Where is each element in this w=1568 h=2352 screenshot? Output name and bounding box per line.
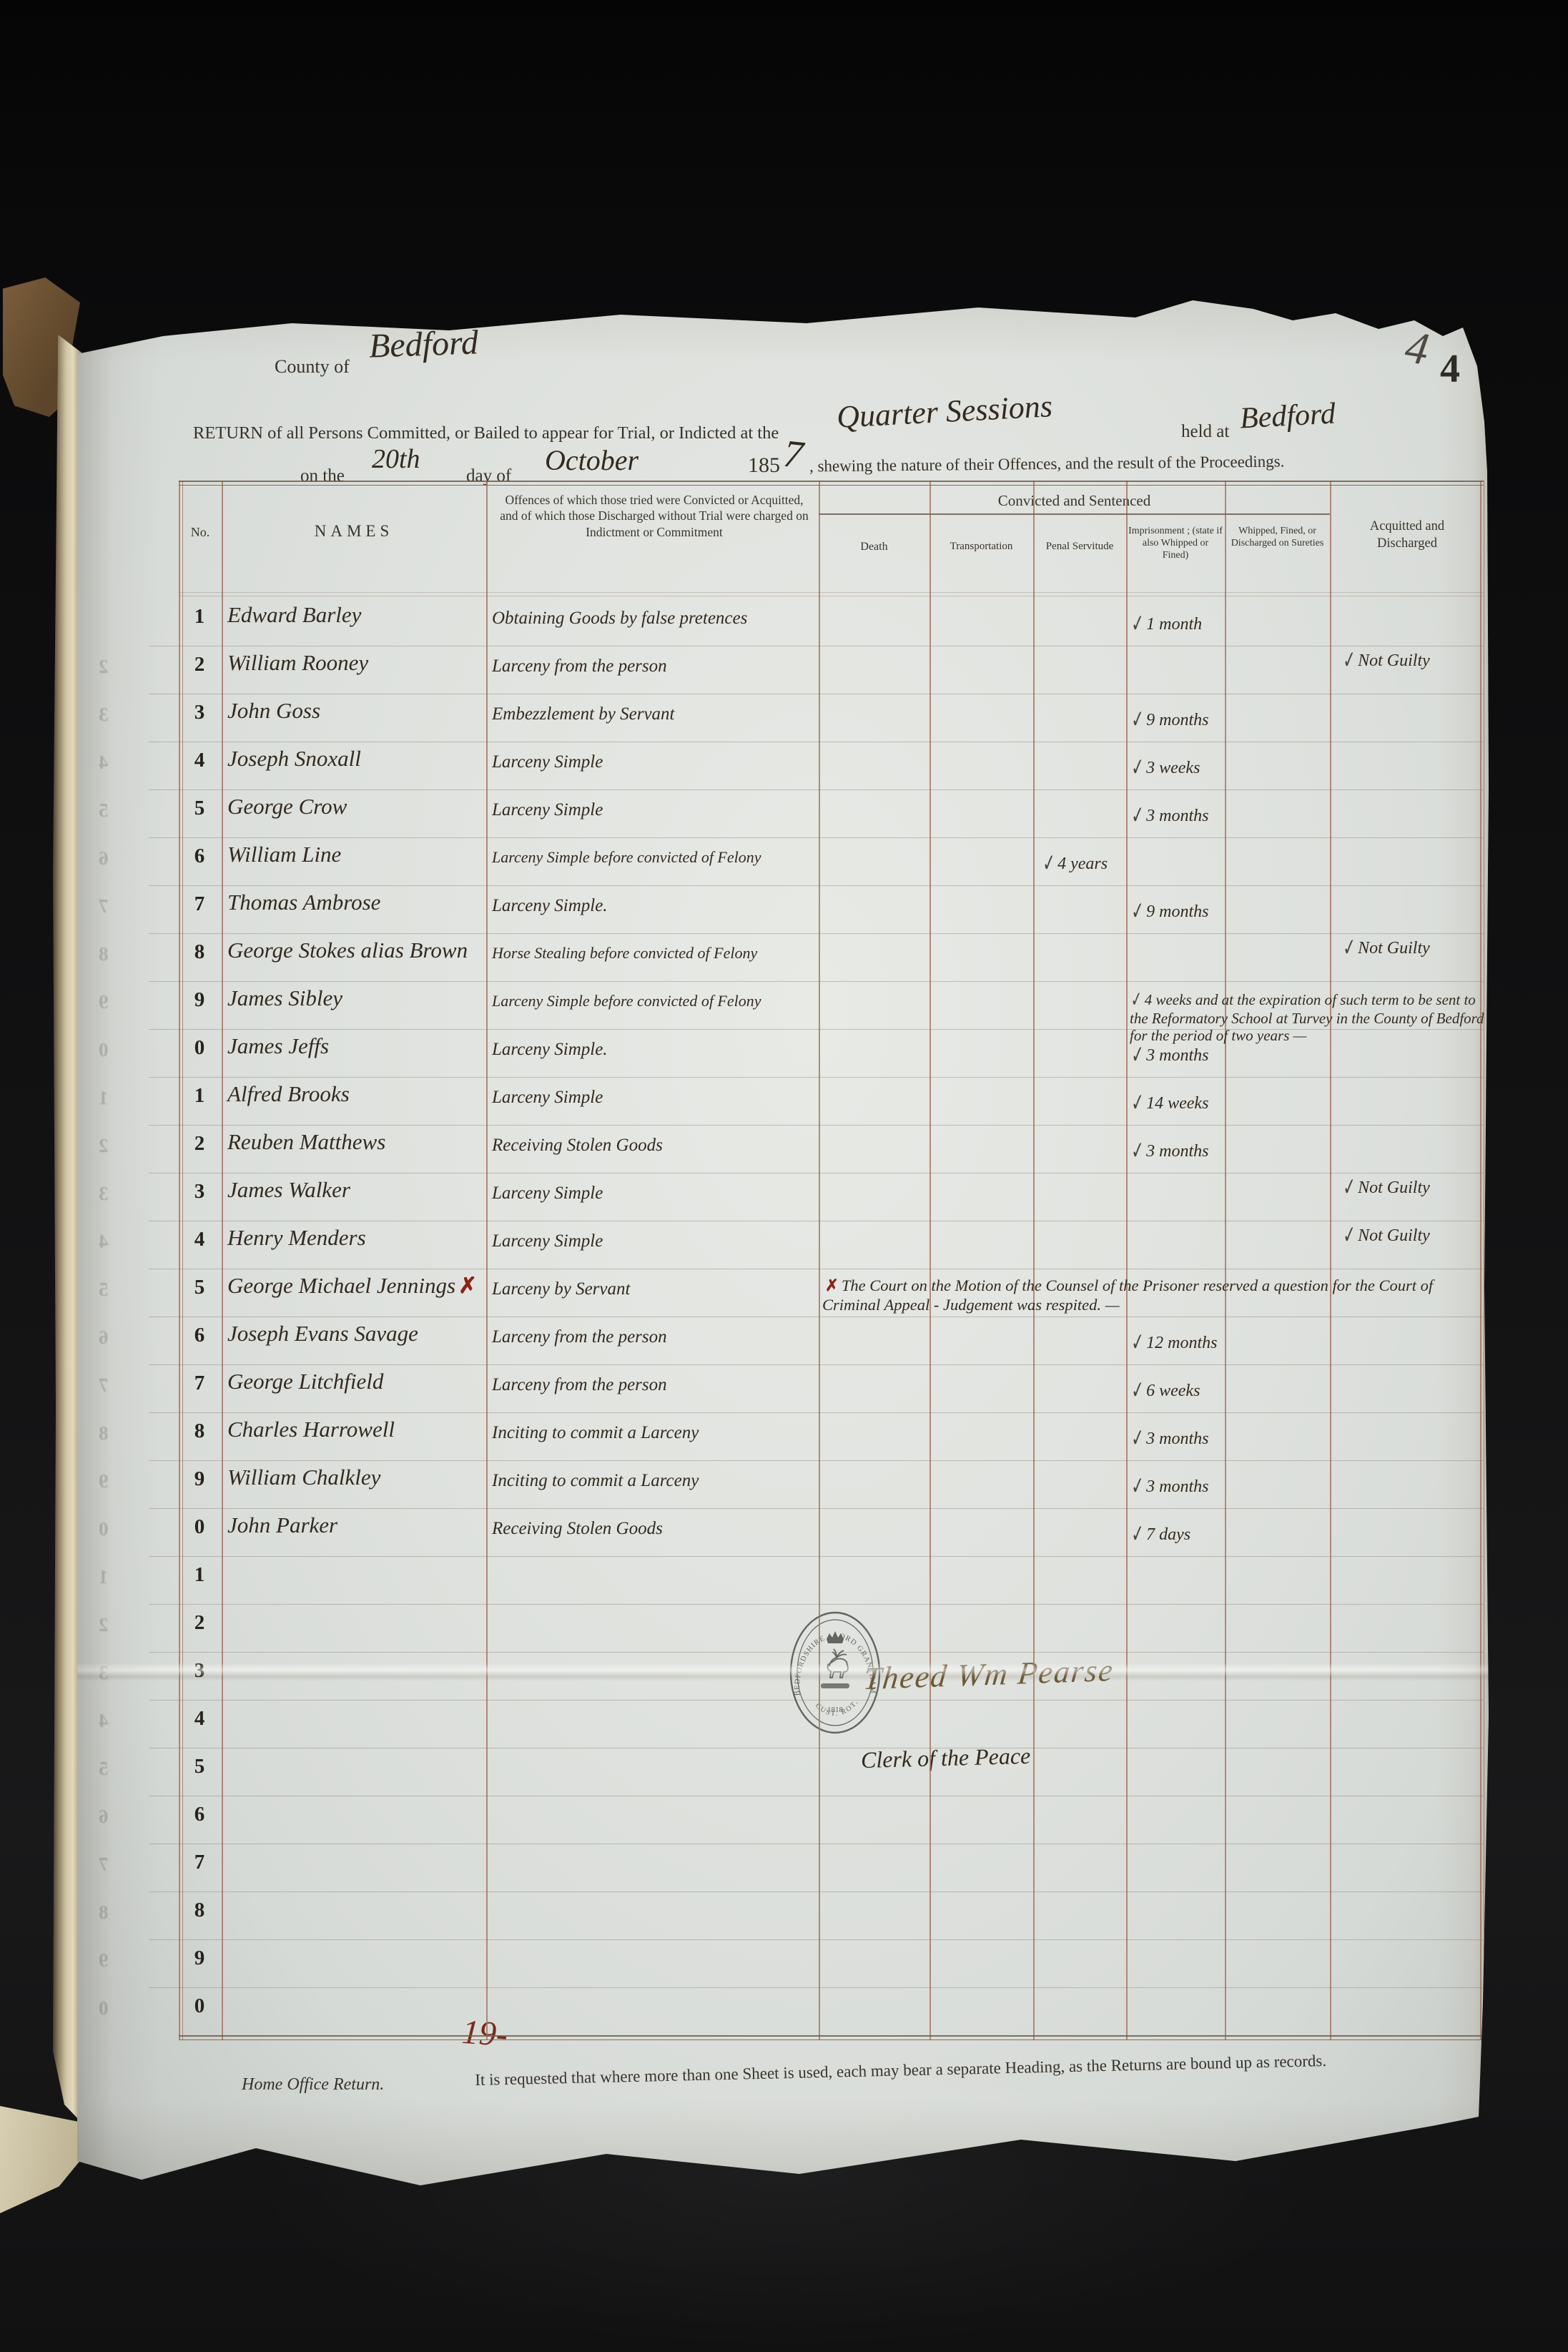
check-mark: ✓ [1127,1042,1146,1070]
offence-text: Larceny Simple before convicted of Felon… [492,848,761,867]
county-label: County of [275,356,350,378]
row-number: 6 [179,845,220,868]
column-header-whipped: Whipped, Fined, or Discharged on Suretie… [1227,525,1328,549]
check-mark: ✓ [1127,1377,1146,1405]
offence-text: Larceny Simple. [492,896,608,916]
clerk-signature: Theed Wm Pearse [862,1652,1115,1697]
table-horizontal-rule [179,2039,1484,2041]
bleed-through-digit: 6 [99,1327,109,1349]
header-bottom-rule [179,592,1484,593]
row-number: 8 [179,1419,220,1443]
bleed-through-digit: 1 [99,1566,109,1588]
table-vertical-rule [1330,481,1331,2039]
prisoner-name: George Litchfield [227,1369,383,1394]
row-rule [149,1796,1484,1796]
row-number: 7 [179,892,220,916]
table-vertical-rule [1033,481,1035,2039]
bleed-through-digit: 0 [99,1997,109,2019]
bleed-through-digit: 5 [99,799,109,822]
check-mark: ✓ [1127,1425,1146,1453]
row-rule [149,1604,1484,1605]
row-number: 0 [179,1515,220,1539]
prisoner-name: Joseph Snoxall [227,746,361,772]
sentence-imprisonment: ✓3 months [1130,1477,1208,1497]
prisoner-name: Reuben Matthews [227,1129,385,1155]
offence-text: Inciting to commit a Larceny [492,1471,699,1491]
check-mark: ✓ [1127,988,1144,1013]
row-rule [149,1317,1484,1317]
red-cross-mark: ✗ [825,1276,839,1294]
table-vertical-rule [930,481,931,2039]
column-header-transportation: Transportation [930,541,1033,553]
day-of-label: day of [466,466,511,486]
column-header-offences: Offences of which those tried were Convi… [497,492,812,540]
offence-text: Larceny Simple [492,1088,603,1108]
row-number: 8 [179,1899,220,1922]
row-rule [149,646,1484,646]
check-mark: ✓ [1127,611,1146,639]
row-number: 7 [179,1372,220,1395]
prisoner-name: James Jeffs [227,1033,329,1059]
bleed-through-digit: 7 [99,1854,109,1876]
row-number: 1 [179,605,220,629]
row-rule [149,981,1484,982]
sentence-imprisonment: ✓3 weeks [1130,759,1200,778]
row-number: 6 [179,1324,220,1347]
row-rule [149,1221,1484,1221]
bleed-through-digit: 8 [99,1422,109,1445]
check-mark: ✓ [1127,1329,1146,1357]
table-vertical-rule [819,481,820,2039]
offence-text: Larceny Simple. [492,1040,608,1060]
offence-text: Larceny Simple before convicted of Felon… [492,992,761,1010]
row-number: 0 [179,1994,220,2018]
prisoner-name: Thomas Ambrose [227,890,380,915]
row-number: 3 [179,1659,220,1683]
bleed-through-digit: 5 [99,1279,109,1301]
table-vertical-rule [486,481,488,2039]
sentence-imprisonment: ✓4 weeks and at the expiration of such t… [1130,991,1486,1045]
prisoner-name: Alfred Brooks [227,1081,350,1107]
page-number-printed: 4 [1440,346,1460,392]
column-header-penal-servitude: Penal Servitude [1033,541,1126,553]
row-number: 5 [179,1755,220,1778]
offence-text: Larceny from the person [492,656,667,676]
check-mark: ✓ [1127,1521,1146,1549]
prisoner-name: John Parker [227,1512,337,1538]
check-mark: ✓ [1338,935,1358,963]
prisoner-name: William Rooney [227,650,368,676]
bleed-through-digit: 9 [99,991,109,1013]
bleed-through-digit: 9 [99,1470,109,1492]
bleed-through-digit: 0 [99,1518,109,1540]
bleed-through-digit: 2 [99,656,109,678]
check-mark: ✓ [1338,1174,1358,1202]
offence-text: Inciting to commit a Larceny [492,1423,699,1443]
offence-text: Obtaining Goods by false pretences [492,609,747,629]
row-number: 1 [179,1084,220,1108]
row-number: 2 [179,653,220,676]
row-number: 2 [179,1132,220,1156]
check-mark: ✓ [1127,1138,1146,1166]
check-mark: ✓ [1127,1473,1146,1501]
bleed-through-digit: 4 [99,1710,109,1732]
row-number: 5 [179,797,220,820]
row-rule [149,1077,1484,1078]
table-vertical-rule [1225,481,1226,2039]
row-number: 8 [179,940,220,964]
row-rule [149,1748,1484,1748]
row-rule [149,1652,1484,1653]
offence-text: Embezzlement by Servant [492,704,674,724]
bleed-through-digit: 6 [99,1806,109,1828]
prisoner-name: Charles Harrowell [227,1417,395,1442]
check-mark: ✓ [1127,707,1146,734]
row-number: 2 [179,1611,220,1635]
offence-text: Horse Stealing before convicted of Felon… [492,944,757,963]
year-printed: 185 [748,453,780,478]
check-mark: ✓ [1338,1222,1358,1250]
prisoner-name: Joseph Evans Savage [227,1321,418,1347]
row-rule [149,1987,1484,1988]
row-rule [149,1412,1484,1413]
sentence-acquitted: ✓Not Guilty [1341,939,1430,958]
row-number: 9 [179,1467,220,1491]
row-number: 1 [179,1563,220,1587]
bleed-through-digit: 7 [99,1374,109,1397]
sentence-penal-servitude: ✓4 years [1041,855,1108,874]
row-number: 9 [179,1947,220,1970]
prisoner-name: John Goss [227,698,320,724]
check-mark: ✓ [1127,1090,1146,1118]
sentence-imprisonment: ✓14 weeks [1130,1094,1208,1113]
row-rule [149,1125,1484,1126]
table-vertical-rule [1484,481,1485,2039]
column-header-acquitted: Acquitted and Discharged [1360,518,1454,552]
row-rule [149,1556,1484,1557]
footer-note: It is requested that where more than one… [475,2052,1326,2090]
sentence-imprisonment: ✓1 month [1130,615,1202,634]
sentence-acquitted: ✓Not Guilty [1341,1226,1430,1246]
sentence-imprisonment: ✓3 months [1130,1046,1208,1066]
row-rule [149,1508,1484,1509]
row-number: 0 [179,1036,220,1060]
prisoner-name: James Walker [227,1177,350,1203]
month-value: October [545,443,638,477]
row-number: 5 [179,1276,220,1299]
offence-text: Larceny from the person [492,1327,667,1347]
return-heading-line2: , shewing the nature of their Offences, … [809,453,1285,476]
prisoner-name: George Michael Jennings✗ [227,1273,480,1299]
row-rule [149,1173,1484,1173]
photographed-record-page: 4 4 County of Bedford RETURN of all Pers… [0,0,1568,2352]
red-cross-mark: ✗ [458,1273,477,1298]
check-mark: ✓ [1338,647,1358,675]
bleed-through-digit: 9 [99,1949,109,1972]
year-written: 7 [781,431,805,477]
document-page: 4 4 County of Bedford RETURN of all Pers… [77,286,1494,2195]
row-rule [149,1460,1484,1461]
check-mark: ✓ [1127,754,1146,782]
row-number: 6 [179,1803,220,1826]
table-vertical-rule [222,481,223,2039]
row-rule [149,694,1484,694]
column-header-no: No. [179,525,222,540]
page-crease [77,1663,1494,1681]
table-vertical-rule [1126,481,1128,2039]
stag-icon [828,1649,849,1678]
prisoner-name: William Chalkley [227,1465,380,1490]
footer-left-label: Home Office Return. [242,2075,384,2095]
row-number: 4 [179,1707,220,1731]
seal-year: 1818 [827,1706,844,1714]
column-group-convicted: Convicted and Sentenced [819,492,1330,510]
row-number: 4 [179,1228,220,1251]
prisoner-name: George Crow [227,794,347,820]
row-rule [149,1700,1484,1701]
check-mark: ✓ [1127,898,1146,926]
table-vertical-rule [1480,481,1481,2039]
prisoner-name: Henry Menders [227,1225,366,1251]
sentence-imprisonment: ✓7 days [1130,1525,1190,1545]
row-rule [149,1844,1484,1844]
bleed-through-digit: 5 [99,1758,109,1780]
bleed-through-digit: 3 [99,1183,109,1205]
court-note: ✗The Court on the Motion of the Counsel … [822,1276,1486,1314]
row-number: 4 [179,749,220,772]
bleed-through-digit: 0 [99,1039,109,1061]
bleed-through-digit: 8 [99,943,109,965]
table-horizontal-rule [179,481,1484,482]
column-header-death: Death [819,541,930,553]
bleed-through-digit: 3 [99,704,109,726]
bleed-through-digit: 2 [99,1135,109,1157]
sentence-imprisonment: ✓3 months [1130,1142,1208,1161]
offence-text: Larceny Simple [492,800,603,820]
bleed-through-digit: 4 [99,752,109,774]
sentence-imprisonment: ✓3 months [1130,807,1208,826]
prisoner-name: James Sibley [227,985,342,1011]
table-horizontal-rule [179,485,1484,486]
sentence-imprisonment: ✓12 months [1130,1334,1217,1353]
row-number: 3 [179,701,220,724]
row-rule [149,1891,1484,1892]
on-the-label: on the [300,466,345,486]
page-number-pencil: 4 [1401,320,1432,376]
row-rule [149,837,1484,838]
offence-text: Larceny by Servant [492,1279,630,1299]
row-rule [149,1364,1484,1365]
bleed-through-digit: 3 [99,1662,109,1684]
bleed-through-digit: 2 [99,1614,109,1636]
bleed-through-digit: 7 [99,895,109,917]
offence-text: Larceny Simple [492,1231,603,1251]
prisoner-name: George Stokes alias Brown [227,938,468,963]
column-header-imprisonment: Imprisonment ; (state if also Whipped or… [1128,525,1223,561]
bleed-through-digit: 1 [99,1087,109,1109]
return-heading-line1: RETURN of all Persons Committed, or Bail… [193,423,779,443]
seal-wreath [821,1683,849,1688]
prisoner-name: William Line [227,842,341,867]
offence-text: Larceny Simple [492,752,603,772]
row-number: 9 [179,988,220,1012]
county-value: Bedford [368,323,479,365]
row-rule [149,789,1484,790]
sentence-imprisonment: ✓9 months [1130,902,1208,922]
sentence-acquitted: ✓Not Guilty [1341,651,1430,671]
sentence-imprisonment: ✓6 weeks [1130,1382,1200,1401]
bleed-through-digit: 8 [99,1901,109,1924]
row-rule [149,933,1484,934]
column-header-names: NAMES [222,522,486,541]
held-at-value: Bedford [1239,397,1336,436]
bleed-through-digit: 6 [99,847,109,870]
row-rule [149,885,1484,886]
prisoner-name: Edward Barley [227,602,361,628]
day-value: 20th [372,443,420,475]
row-rule [149,1939,1484,1940]
row-number: 7 [179,1851,220,1874]
sentence-acquitted: ✓Not Guilty [1341,1179,1430,1198]
offence-text: Larceny from the person [492,1375,667,1395]
row-rule [149,742,1484,742]
row-rule [149,1269,1484,1269]
sentence-imprisonment: ✓9 months [1130,711,1208,730]
sentence-imprisonment: ✓3 months [1130,1430,1208,1449]
offence-text: Receiving Stolen Goods [492,1519,663,1539]
held-at-label: held at [1181,422,1229,442]
header-bottom-rule [179,596,1484,596]
sheet-count-mark: 19- [460,2012,509,2055]
offence-text: Receiving Stolen Goods [492,1136,663,1156]
check-mark: ✓ [1038,850,1057,878]
sessions-value: Quarter Sessions [836,388,1053,436]
table-horizontal-rule [819,513,1330,515]
row-number: 3 [179,1180,220,1204]
table-horizontal-rule [179,2035,1484,2037]
bleed-through-digit: 4 [99,1231,109,1253]
offence-text: Larceny Simple [492,1184,603,1204]
check-mark: ✓ [1127,802,1146,830]
